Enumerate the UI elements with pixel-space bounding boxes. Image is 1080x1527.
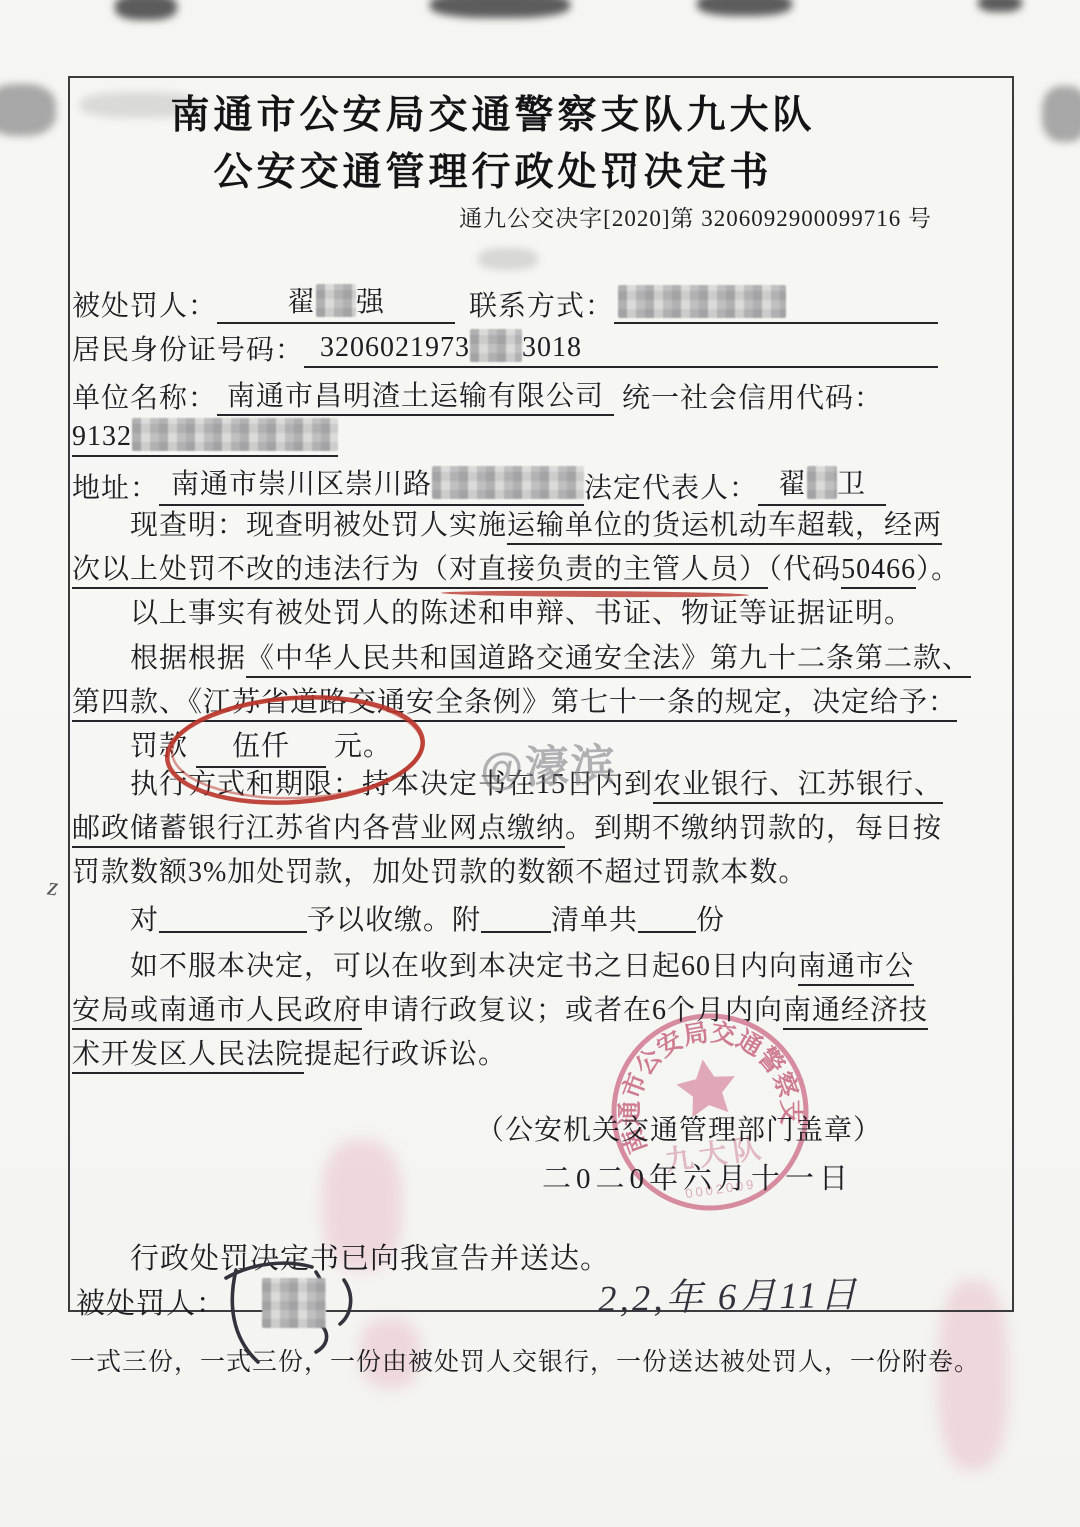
appeal-line-3: 术开发区人民法院提起行政诉讼。	[72, 1032, 944, 1072]
evidence-line: 以上事实有被处罚人的陈述和申辩、书证、物证等证据证明。	[72, 591, 1002, 631]
scan-artifact	[115, 0, 177, 20]
watermark-text: @濠滨	[479, 729, 618, 798]
company-name-value: 南通市昌明渣土运输有限公司	[217, 374, 614, 416]
id-prefix: 3206021973	[320, 332, 470, 363]
appeal-mid: 申请行政复议；或者在6个月内向	[362, 995, 783, 1026]
credit-code-prefix: 9132	[72, 421, 132, 452]
collect-pre: 对	[130, 905, 159, 936]
collect-mid2: 清单共	[551, 905, 638, 936]
blank-field	[481, 905, 551, 933]
redaction-mosaic	[132, 418, 338, 451]
margin-scribble: z	[46, 871, 60, 902]
execution-underlined-1: 农业银行、江苏银行、	[653, 769, 943, 804]
execution-line-3: 罚款数额3%加处罚款，加处罚款的数额不超过罚款本数。	[72, 850, 944, 890]
legal-rep-label: 法定代表人：	[584, 466, 758, 506]
appeal-underlined-2: 安局或南通市人民政府	[72, 995, 362, 1030]
punished-name-value: 翟强	[217, 280, 455, 324]
appeal-end: 提起行政诉讼。	[304, 1039, 507, 1070]
blank-field	[638, 905, 696, 933]
legal-rep-first: 翟	[778, 469, 807, 500]
appeal-underlined-4: 术开发区人民法院	[72, 1039, 304, 1074]
legal-underlined-1: 《中华人民共和国道路交通安全法》第九十二条第二款、	[246, 643, 971, 678]
contact-label: 联系方式：	[469, 284, 614, 324]
facts-code-pre: （代码	[768, 554, 841, 585]
seal-caption: （公安机关交通管理部门盖章）	[476, 1108, 882, 1148]
field-row-punished: 被处罚人： 翟强 联系方式：	[72, 280, 938, 324]
facts-underlined-1: 运输单位的货运机动车超载，经两	[507, 510, 942, 545]
scan-artifact	[430, 0, 570, 18]
appeal-line-1: 如不服本决定，可以在收到本决定书之日起60日内向南通市公	[72, 944, 1002, 984]
appeal-line-2: 安局或南通市人民政府申请行政复议；或者在6个月内向南通经济技	[72, 988, 944, 1028]
execution-underlined-2: 邮政储蓄银行江苏省内各营业网点缴纳	[72, 813, 565, 848]
address-label: 地址：	[72, 466, 159, 506]
appeal-text-1: 如不服本决定，可以在收到本决定书之日起60日内向	[130, 951, 798, 982]
credit-code-value: 9132	[72, 418, 338, 457]
scan-artifact	[978, 0, 1022, 12]
violation-code: 50466	[841, 554, 916, 589]
field-row-credit-code: 9132	[72, 418, 938, 457]
collect-post: 份	[696, 905, 725, 936]
collection-line: 对予以收缴。附清单共份	[72, 898, 1002, 938]
footer-note: 一式三份，一式三份，一份由被处罚人交银行，一份送达被处罚人，一份附卷。	[70, 1342, 940, 1378]
id-suffix: 3018	[522, 332, 582, 363]
legal-pre: 根据根据	[130, 643, 246, 674]
appeal-underlined-3: 南通经济技	[783, 995, 928, 1030]
delivery-punished-label: 被处罚人：	[76, 1281, 226, 1322]
scan-artifact	[697, 0, 792, 16]
red-circle-annotation	[150, 688, 440, 813]
redaction-mosaic	[432, 466, 584, 499]
appeal-underlined-1: 南通市公	[798, 951, 914, 986]
page-title-line2: 公安交通管理行政处罚决定书	[68, 141, 918, 197]
credit-code-label: 统一社会信用代码：	[622, 376, 883, 416]
facts-underlined-3: ）	[739, 554, 768, 589]
facts-code-post: ）。	[916, 554, 960, 585]
redaction-mosaic	[618, 285, 786, 318]
red-underlined-text: 对直接负责的主管人员	[449, 554, 739, 589]
address-value: 南通市崇川区崇川路	[159, 462, 584, 506]
scan-artifact	[1042, 86, 1080, 142]
redaction-mosaic	[807, 466, 837, 499]
execution-mid: 。到期不缴纳罚款的，每日按	[565, 813, 942, 844]
address-text: 南通市崇川区崇川路	[171, 469, 432, 500]
id-label: 居民身份证号码：	[72, 328, 304, 368]
punished-name-first: 翟	[287, 287, 316, 318]
legal-rep-last: 卫	[837, 469, 866, 500]
id-value: 32060219733018	[304, 329, 938, 368]
scan-artifact	[0, 84, 56, 136]
field-row-address: 地址： 南通市崇川区崇川路 法定代表人： 翟卫	[72, 462, 938, 506]
page-title-line1: 南通市公安局交通警察支队九大队	[68, 84, 918, 140]
facts-underlined-2: 次以上处罚不改的违法行为（	[72, 554, 449, 589]
field-row-company: 单位名称： 南通市昌明渣土运输有限公司 统一社会信用代码：	[72, 374, 938, 416]
facts-line-1: 现查明：现查明被处罚人实施运输单位的货运机动车超载，经两	[72, 503, 1002, 543]
redaction-mosaic	[316, 284, 356, 317]
facts-line-2: 次以上处罚不改的违法行为（对直接负责的主管人员）（代码50466）。	[72, 547, 944, 587]
field-row-id: 居民身份证号码： 32060219733018	[72, 328, 938, 368]
company-label: 单位名称：	[72, 376, 217, 416]
decision-date: 二0二0年六月十一日	[542, 1156, 853, 1197]
legal-line-1: 根据根据《中华人民共和国道路交通安全法》第九十二条第二款、	[72, 636, 1002, 676]
punished-name-last: 强	[356, 287, 385, 318]
collect-mid: 予以收缴。附	[307, 905, 481, 936]
redaction-mosaic	[470, 329, 522, 362]
legal-rep-value: 翟卫	[758, 462, 886, 506]
blank-field	[159, 905, 307, 933]
contact-value	[614, 285, 938, 324]
facts-intro: 现查明：现查明被处罚人实施	[130, 510, 507, 541]
document-number: 通九公交决字[2020]第 3206092900099716 号	[70, 200, 932, 233]
punished-label: 被处罚人：	[72, 284, 217, 324]
handwritten-date: 2,2,年 6月11日	[598, 1264, 860, 1323]
scanned-document-page: z 南通市公安局交通警察支队九大队 公安交通管理行政处罚决定书 通九公交决字[2…	[0, 0, 1080, 1527]
redaction-mosaic	[262, 1278, 326, 1328]
